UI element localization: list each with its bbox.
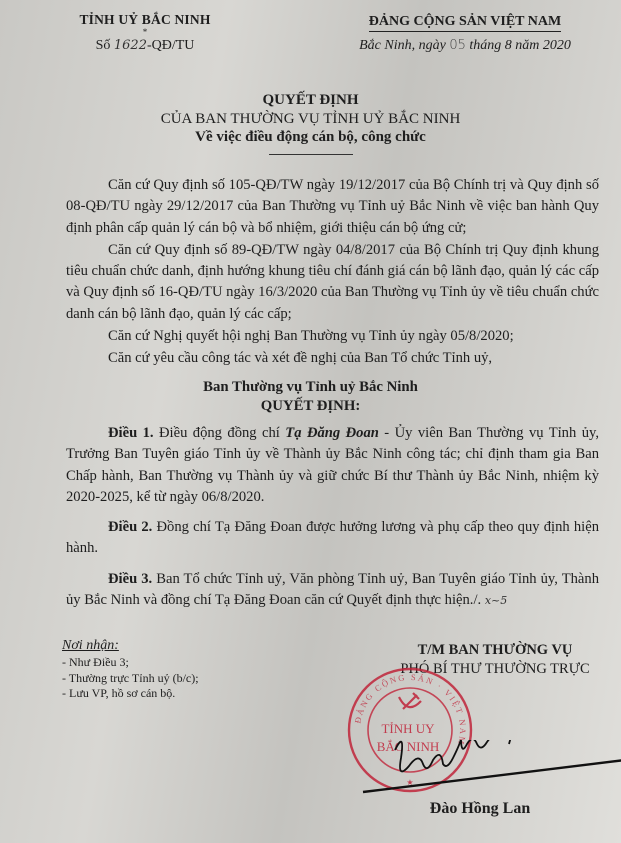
article-text: Điều động đồng chí: [154, 425, 286, 441]
star-mark: *: [70, 29, 220, 36]
date-line: Bắc Ninh, ngày 05 tháng 8 năm 2020: [335, 38, 595, 54]
handwritten-signature: [355, 740, 621, 800]
preamble: Căn cứ Quy định số 105-QĐ/TW ngày 19/12/…: [66, 175, 599, 370]
date-suffix: tháng 8 năm 2020: [466, 38, 571, 53]
signer-name: Đào Hồng Lan: [400, 800, 560, 818]
title-divider: [269, 154, 353, 155]
person-name: Tạ Đăng Đoan: [285, 425, 379, 441]
document-type: QUYẾT ĐỊNH: [50, 90, 571, 110]
article-2: Điều 2. Đồng chí Tạ Đăng Đoan được hưởng…: [66, 517, 599, 560]
title-block: QUYẾT ĐỊNH CỦA BAN THƯỜNG VỤ TỈNH UỶ BẮC…: [50, 90, 571, 155]
decision-heading: Ban Thường vụ Tỉnh uỷ Bắc Ninh QUYẾT ĐỊN…: [50, 378, 571, 416]
handwritten-initials: x~5: [485, 594, 507, 607]
document-subject: Về việc điều động cán bộ, công chức: [50, 128, 571, 146]
document-number: Số 1622-QĐ/TU: [70, 38, 220, 54]
date-prefix: Bắc Ninh, ngày: [359, 38, 449, 53]
decision-heading-body: Ban Thường vụ Tỉnh uỷ Bắc Ninh: [50, 378, 571, 397]
preamble-paragraph: Căn cứ Quy định số 89-QĐ/TW ngày 04/8/20…: [66, 240, 599, 325]
recipients-title: Nơi nhận:: [62, 637, 199, 655]
issuer-block: TỈNH UỶ BẮC NINH * Số 1622-QĐ/TU: [70, 12, 220, 54]
issuer-name: TỈNH UỶ BẮC NINH: [70, 12, 220, 28]
doc-number-prefix: Số: [96, 38, 114, 53]
party-block: ĐẢNG CỘNG SẢN VIỆT NAM Bắc Ninh, ngày 05…: [335, 12, 595, 54]
preamble-paragraph: Căn cứ Quy định số 105-QĐ/TW ngày 19/12/…: [66, 175, 599, 239]
date-day: 05: [449, 38, 466, 53]
signature-authority: T/M BAN THƯỜNG VỤ: [370, 640, 620, 660]
article-3: Điều 3. Ban Tổ chức Tỉnh uỷ, Văn phòng T…: [66, 569, 599, 612]
svg-text:TỈNH UY: TỈNH UY: [381, 721, 435, 736]
recipient-item: - Thường trực Tỉnh uỷ (b/c);: [62, 671, 199, 687]
doc-number-suffix: -QĐ/TU: [147, 38, 194, 53]
articles: Điều 1. Điều động đồng chí Tạ Đăng Đoan …: [66, 423, 599, 611]
article-label: Điều 1.: [108, 425, 154, 441]
decision-heading-title: QUYẾT ĐỊNH:: [50, 397, 571, 416]
recipients: Nơi nhận: - Như Điều 3; - Thường trực Tỉ…: [62, 637, 199, 702]
party-name: ĐẢNG CỘNG SẢN VIỆT NAM: [369, 14, 561, 32]
article-label: Điều 3.: [108, 571, 152, 587]
issuing-body: CỦA BAN THƯỜNG VỤ TỈNH UỶ BẮC NINH: [50, 110, 571, 128]
article-label: Điều 2.: [108, 519, 152, 535]
document-page: TỈNH UỶ BẮC NINH * Số 1622-QĐ/TU ĐẢNG CỘ…: [0, 0, 621, 843]
article-1: Điều 1. Điều động đồng chí Tạ Đăng Đoan …: [66, 423, 599, 508]
preamble-paragraph: Căn cứ yêu cầu công tác và xét đề nghị c…: [66, 348, 599, 369]
doc-number-handwritten: 1622: [114, 38, 147, 53]
preamble-paragraph: Căn cứ Nghị quyết hội nghị Ban Thường vụ…: [66, 326, 599, 347]
recipient-item: - Lưu VP, hồ sơ cán bộ.: [62, 686, 199, 702]
recipient-item: - Như Điều 3;: [62, 655, 199, 671]
